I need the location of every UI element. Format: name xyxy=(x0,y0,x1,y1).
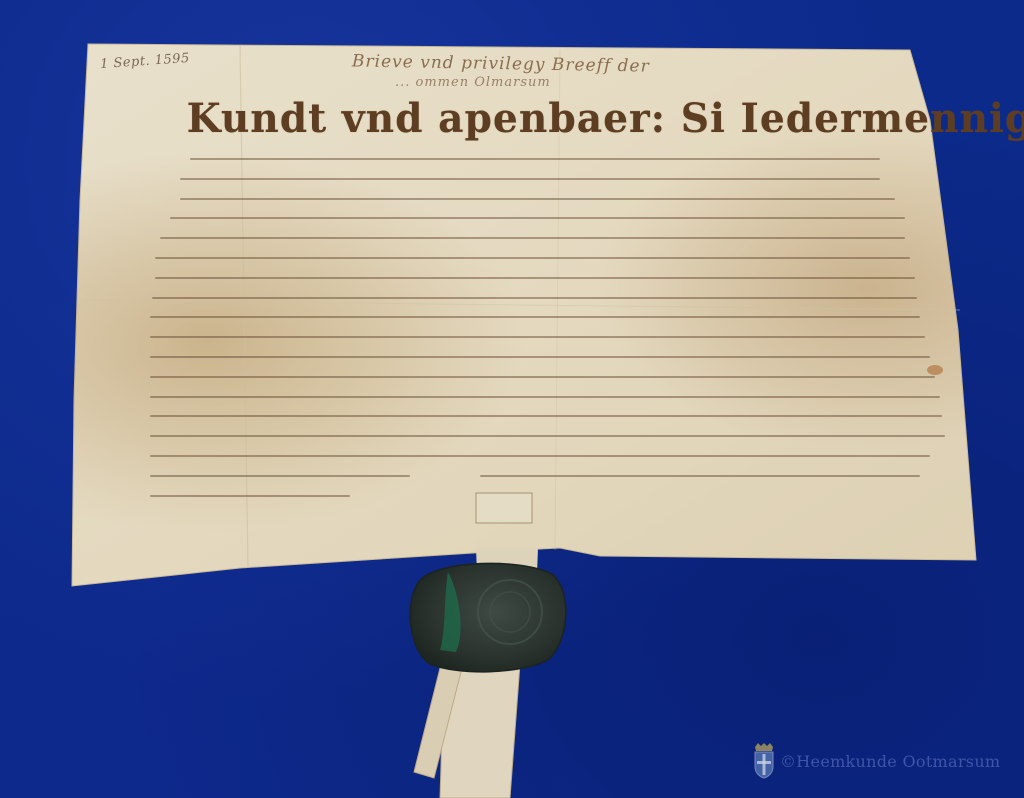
text-line xyxy=(180,487,920,503)
photo-scene: 1 Sept. 1595 Brieve vnd privilegy Breeff… xyxy=(0,0,1024,798)
coat-of-arms-icon xyxy=(752,743,776,779)
copyright-watermark: ©Heemkunde Ootmarsum xyxy=(752,743,1000,779)
text-line xyxy=(180,249,920,265)
text-line xyxy=(180,467,920,483)
text-line xyxy=(180,269,920,285)
text-line xyxy=(180,348,920,364)
text-line xyxy=(180,150,920,166)
text-line xyxy=(180,170,920,186)
charter-title: Kundt vnd apenbaer: Si Iedermennig xyxy=(187,95,1024,142)
text-line xyxy=(180,229,920,245)
text-line xyxy=(180,407,920,423)
text-line xyxy=(180,289,920,305)
watermark-text: ©Heemkunde Ootmarsum xyxy=(780,752,1000,771)
text-line xyxy=(180,427,920,443)
text-line xyxy=(180,388,920,404)
text-line xyxy=(180,328,920,344)
text-line xyxy=(180,308,920,324)
handwritten-body-text xyxy=(180,150,920,506)
text-line xyxy=(180,447,920,463)
text-line xyxy=(180,190,920,206)
charter-heading-line-2: ... ommen Olmarsum xyxy=(395,75,551,90)
text-line xyxy=(180,209,920,225)
text-line xyxy=(180,368,920,384)
